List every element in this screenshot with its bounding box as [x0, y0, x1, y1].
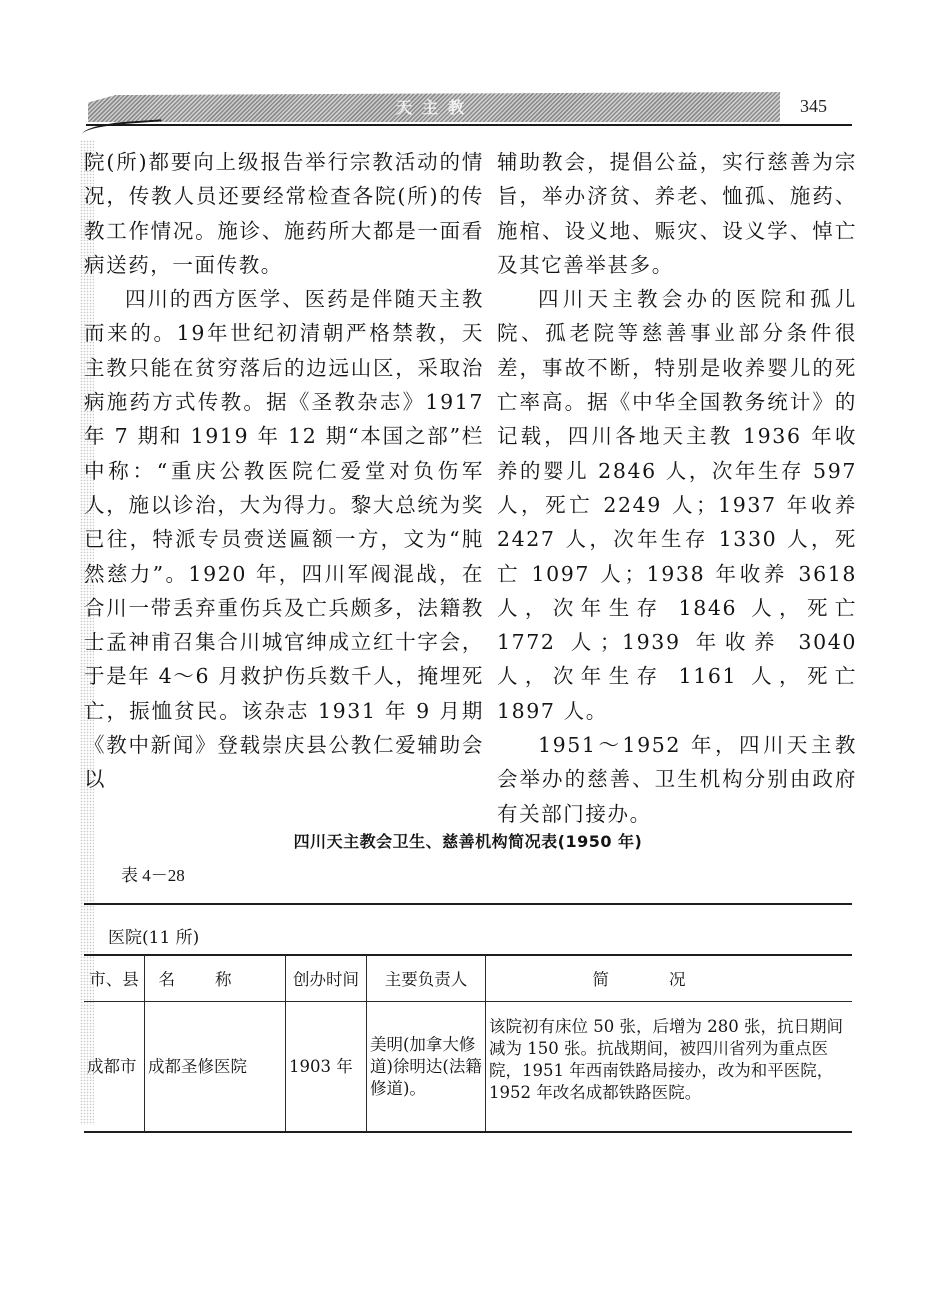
cell-summary: 该院初有床位 50 张，后增为 280 张，抗日期间减为 150 张。抗战期间，… [486, 1002, 853, 1133]
paragraph: 四川天主教会办的医院和孤儿院、孤老院等慈善事业部分条件很差，事故不断，特别是收养… [497, 282, 857, 728]
column-header-founded: 创办时间 [286, 955, 367, 1002]
paragraph: 四川的西方医学、医药是伴随天主教而来的。19年世纪初清朝严格禁教，天主教只能在贫… [84, 282, 484, 796]
paragraph: 1951～1952 年，四川天主教会举办的慈善、卫生机构分别由政府有关部门接办。 [497, 728, 857, 831]
cell-name: 成都圣修医院 [145, 1002, 286, 1133]
table-row: 成都市 成都圣修医院 1903 年 美明(加拿大修道)徐明达(法籍修道)。 该院… [84, 1002, 852, 1133]
running-header-title: 天主教 [380, 95, 490, 118]
paragraph: 辅助教会，提倡公益，实行慈善为宗旨，举办济贫、养老、恤孤、施药、施棺、设义地、赈… [497, 145, 857, 282]
cell-leaders: 美明(加拿大修道)徐明达(法籍修道)。 [367, 1002, 486, 1133]
body-column-left: 院(所)都要向上级报告举行宗教活动的情况，传教人员还要经常检查各院(所)的传教工… [84, 145, 484, 797]
paragraph: 院(所)都要向上级报告举行宗教活动的情况，传教人员还要经常检查各院(所)的传教工… [84, 145, 484, 282]
cell-founded: 1903 年 [286, 1002, 367, 1133]
column-header-name: 名称 [145, 955, 286, 1002]
column-header-summary-label: 简况 [593, 970, 746, 989]
header-rule-curve [82, 119, 163, 141]
table-title: 四川天主教会卫生、慈善机构简况表(1950 年) [0, 829, 936, 852]
institutions-table: 市、县 名称 创办时间 主要负责人 简况 成都市 成都圣修医院 1903 年 美… [84, 955, 852, 1133]
column-header-leaders: 主要负责人 [367, 955, 486, 1002]
body-column-right: 辅助教会，提倡公益，实行慈善为宗旨，举办济贫、养老、恤孤、施药、施棺、设义地、赈… [497, 145, 857, 831]
page-number: 345 [800, 96, 827, 117]
table-section-label: 医院(11 所) [108, 923, 199, 948]
column-header-summary: 简况 [486, 955, 853, 1002]
header-rule [86, 124, 852, 126]
table-header-row: 市、县 名称 创办时间 主要负责人 简况 [84, 955, 852, 1002]
column-header-name-label: 名称 [159, 970, 272, 989]
table-number: 表 4－28 [121, 861, 185, 886]
table-top-rule [84, 903, 852, 905]
cell-city: 成都市 [84, 1002, 145, 1133]
column-header-city: 市、县 [84, 955, 145, 1002]
